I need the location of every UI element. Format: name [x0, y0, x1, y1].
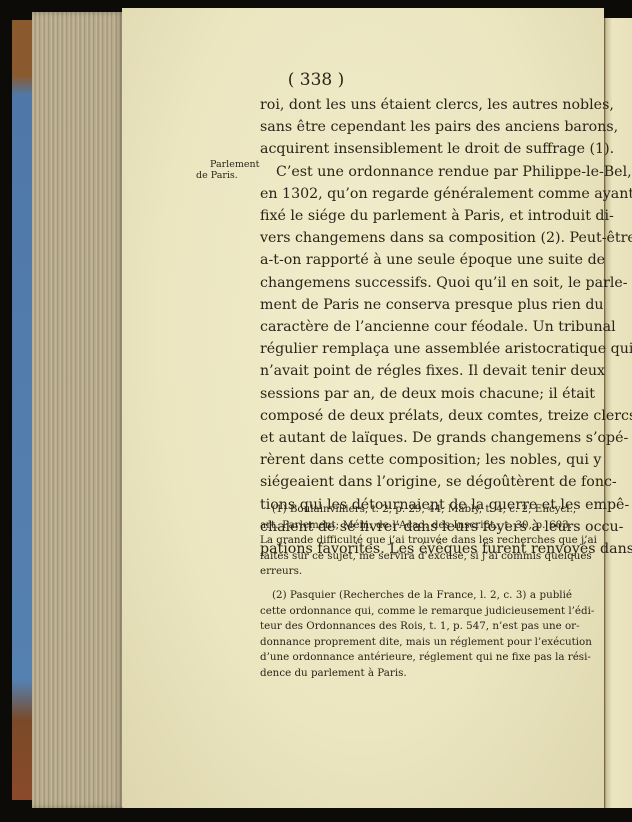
body-line: en 1302, qu’on regarde généralement comm…	[260, 183, 570, 205]
body-line: sessions par an, de deux mois chacune; i…	[260, 383, 570, 405]
body-line: caractère de l’ancienne cour féodale. Un…	[260, 316, 570, 338]
footnote-line: La grande difficulté que j’ai trouvée da…	[260, 533, 572, 549]
page-edges	[32, 12, 124, 808]
body-line: a-t-on rapporté à une seule époque une s…	[260, 249, 570, 271]
body-line: vers changemens dans sa composition (2).…	[260, 227, 570, 249]
footnote-line: (1) Boulainvilliers, t. 2, p. 29, 44; Ma…	[260, 502, 572, 518]
footnote-2: (2) Pasquier (Recherches de la France, l…	[260, 588, 572, 682]
body-line: sans être cependant les pairs des ancien…	[260, 116, 570, 138]
footnote-line: donnance proprement dite, mais un réglem…	[260, 635, 572, 651]
footnote-1: (1) Boulainvilliers, t. 2, p. 29, 44; Ma…	[260, 502, 572, 580]
body-line: n’avait point de régles fixes. Il devait…	[260, 360, 570, 382]
body-line: ment de Paris ne conserva presque plus r…	[260, 294, 570, 316]
body-line: régulier remplaça une assemblée aristocr…	[260, 338, 570, 360]
body-line: rèrent dans cette composition; les noble…	[260, 449, 570, 471]
body-text: roi, dont les uns étaient clercs, les au…	[260, 94, 570, 560]
body-line: C’est une ordonnance rendue par Philippe…	[260, 161, 570, 183]
footnote-line: dence du parlement à Paris.	[260, 666, 572, 682]
footnote-line: teur des Ordonnances des Rois, t. 1, p. …	[260, 619, 572, 635]
body-line: siégeaient dans l’origine, se dégoûtèren…	[260, 471, 570, 493]
footnote-line: d’une ordonnance antérieure, réglement q…	[260, 650, 572, 666]
page-number: ( 338 )	[0, 70, 632, 90]
body-line: changemens successifs. Quoi qu’il en soi…	[260, 272, 570, 294]
body-line: roi, dont les uns étaient clercs, les au…	[260, 94, 570, 116]
body-line: composé de deux prélats, deux comtes, tr…	[260, 405, 570, 427]
footnote-line: cette ordonnance qui, comme le remarque …	[260, 604, 572, 620]
margin-note-line: Parlement	[196, 159, 259, 170]
footnote-line: erreurs.	[260, 564, 572, 580]
footnotes: (1) Boulainvilliers, t. 2, p. 29, 44; Ma…	[260, 502, 572, 690]
footnote-line: art. Parlement; Mém. de l’Acad. des Insc…	[260, 518, 572, 534]
footnote-line: (2) Pasquier (Recherches de la France, l…	[260, 588, 572, 604]
footnote-line: faites sur ce sujet, me servira d’excuse…	[260, 549, 572, 565]
margin-note: Parlement de Paris.	[196, 159, 259, 181]
body-line: et autant de laïques. De grands changeme…	[260, 427, 570, 449]
book-cover-edge	[12, 20, 34, 800]
margin-note-line: de Paris.	[196, 170, 259, 181]
body-line: fixé le siége du parlement à Paris, et i…	[260, 205, 570, 227]
body-line: acquirent insensiblement le droit de suf…	[260, 138, 570, 160]
